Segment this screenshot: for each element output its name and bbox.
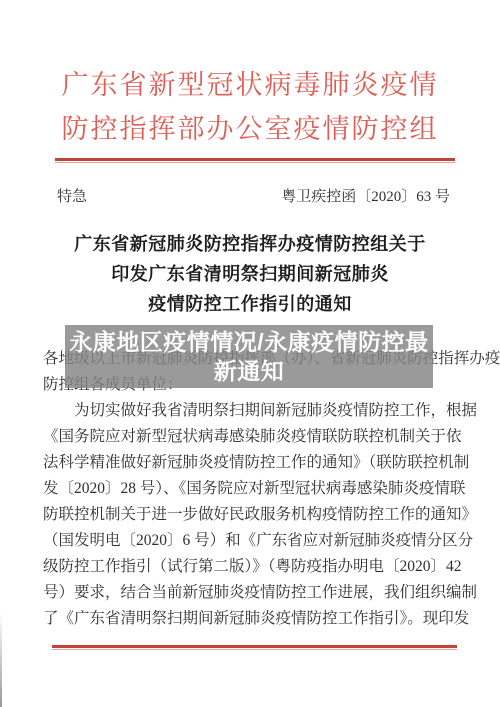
- letterhead-line-1: 广东省新型冠状病毒肺炎疫情: [0, 63, 500, 107]
- rule-thick-line: [52, 645, 457, 648]
- caption-overlay-banner: 永康地区疫情情况/永康疫情防控最 新通知: [65, 325, 433, 388]
- body-line-5: 防联控机制关于进一步做好民政服务机构疫情防控工作的通知》: [43, 502, 457, 528]
- red-separator-rule-bottom: [52, 645, 457, 650]
- rule-thin-line: [55, 162, 455, 163]
- caption-line-2: 新通知: [214, 357, 285, 386]
- urgency-label: 特急: [57, 185, 87, 206]
- red-separator-rule-top: [55, 158, 455, 163]
- body-line-6: （国发明电〔2020〕6 号）和《广东省应对新冠肺炎疫情分区分: [43, 528, 457, 554]
- document-title-line-2: 印发广东省清明祭扫期间新冠肺炎: [0, 259, 500, 289]
- body-line-1: 为切实做好我省清明祭扫期间新冠肺炎疫情防控工作，根据: [43, 398, 457, 424]
- document-title-line-3: 疫情防控工作指引的通知: [0, 289, 500, 319]
- body-line-7: 级防控工作指引（试行第二版）》（粤防疫指办明电〔2020〕42: [43, 554, 457, 580]
- body-line-9: 了《广东省清明祭扫期间新冠肺炎疫情防控工作指引》。现印发: [43, 606, 457, 632]
- scanned-document-photo: 广东省新型冠状病毒肺炎疫情 防控指挥部办公室疫情防控组 特急 粤卫疾控函〔202…: [0, 0, 500, 707]
- body-line-2: 《国务院应对新型冠状病毒感染肺炎疫情联防联控机制关于依: [43, 424, 457, 450]
- letterhead: 广东省新型冠状病毒肺炎疫情 防控指挥部办公室疫情防控组: [0, 63, 500, 151]
- document-title-line-1: 广东省新冠肺炎防控指挥办疫情防控组关于: [0, 229, 500, 259]
- document-title: 广东省新冠肺炎防控指挥办疫情防控组关于 印发广东省清明祭扫期间新冠肺炎 疫情防控…: [0, 229, 500, 319]
- rule-thin-line: [52, 649, 457, 650]
- letterhead-line-2: 防控指挥部办公室疫情防控组: [0, 107, 500, 151]
- rule-thick-line: [55, 158, 455, 161]
- meta-row: 特急 粤卫疾控函〔2020〕63 号: [57, 185, 450, 206]
- body-line-3: 法科学精准做好新冠肺炎疫情防控工作的通知》（联防联控机制: [43, 450, 457, 476]
- caption-line-1: 永康地区疫情情况/永康疫情防控最: [69, 328, 428, 357]
- document-text: 各地级以上市新冠肺炎防控指挥部（办）、省新冠肺炎防控指挥办疫情 防控组各成员单位…: [43, 346, 457, 632]
- photo-edge-shadow: [0, 612, 2, 707]
- document-number: 粤卫疾控函〔2020〕63 号: [281, 185, 450, 206]
- body-line-4: 发〔2020〕28 号）、《国务院应对新型冠状病毒感染肺炎疫情联: [43, 476, 457, 502]
- body-line-8: 号）要求，结合当前新冠肺炎疫情防控工作进展，我们组织编制: [43, 580, 457, 606]
